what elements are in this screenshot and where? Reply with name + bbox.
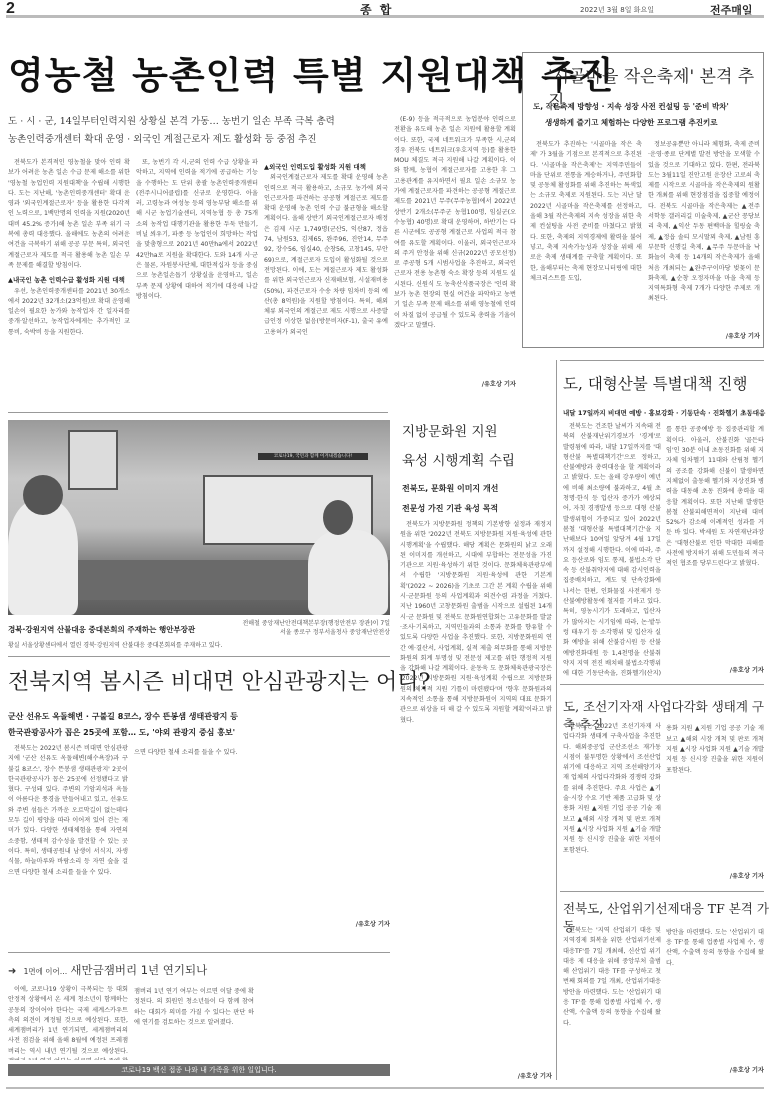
festival-col-2-text: 정보공유뿐만 아니라 체험화, 축제 준비·운영·종료 단계별 발전 방안을 모…: [648, 140, 760, 305]
tourism-col-1-text: 전북도는 2022년 봄시즌 비대면 안심관광지에 '군산 선유도 옥돌해변(해…: [8, 744, 128, 878]
issue-date: 2022년 3월 8일 화요일: [580, 5, 654, 15]
culture-headline-1[interactable]: 지방문화원 지원: [402, 420, 498, 440]
section-divider: [560, 684, 764, 685]
lead-col-1-subhead: ▲내국인 농촌 인력수급 활성화 지원 대책: [8, 275, 130, 285]
section-divider: [560, 891, 764, 892]
tourism-col-3: 전북도는 2022년 봄시즌 비대면 안심관광지에 '군산 선유도 옥돌해변(해…: [262, 712, 390, 918]
shipbuilding-col-2: 전북도는 2022년 조선기자재 사업다각화 생태계 구축사업을 추진한다. 해…: [666, 722, 764, 870]
person-left: [8, 500, 78, 615]
shipbuilding-col-1: 전북도는 2022년 조선기자재 사업다각화 생태계 구축사업을 추진한다. 해…: [563, 722, 661, 880]
section-divider: [8, 656, 390, 657]
section-divider: [8, 952, 390, 953]
continued-col-1: 이에, 코로나19 상황이 극복되는 등 대회 안정적 상황에서 온 세계 청소…: [8, 985, 128, 1060]
culture-body: 전북도가 지방문화원 정책의 기본방향 설정과 재정지원을 위한 '2022년 …: [400, 520, 552, 1050]
tourism-byline: /유호상 기자: [262, 920, 390, 932]
fire-col-2: 전북도는 건조한 날씨가 지속돼 전북의 산불재난위기경보가 '경계'로 발령됨…: [666, 422, 764, 664]
lead-col-3-subhead: ▲외국인 인력도입 활성화 지원 대책: [264, 162, 388, 172]
continued-lead: 1면에 이어…: [24, 967, 68, 976]
section-divider: [8, 412, 388, 413]
lead-col-2: 또, 농번기 각 시,군의 인력 수급 상황을 파악하고, 지역에 인력을 적기…: [136, 158, 258, 402]
news-photo[interactable]: 코로나19, 국민과 함께 이겨내겠습니다!: [8, 420, 390, 615]
fire-col-1-text: 전북도는 건조한 날씨가 지속돼 전북의 산불재난위기경보가 '경계'로 발령됨…: [563, 422, 661, 676]
continued-heading[interactable]: ➜ 1면에 이어… 새만금잼버리 1년 연기되나: [8, 962, 207, 978]
festival-col-1: 전북도가 추진하는 '시골마을 작은 축제' 가 3월을 기점으로 본격적으로 …: [530, 140, 642, 340]
lead-subheadline-2: 농촌인력중개센터 확대 운영 · 외국인 계절근로자 제도 활성화 등 중점 추…: [8, 131, 317, 145]
lead-col-1b-text: 우선, 농촌인력중개센터를 2021년 30개소에서 2022년 32개소(23…: [8, 287, 130, 338]
fire-col-1: 전북도는 건조한 날씨가 지속돼 전북의 산불재난위기경보가 '경계'로 발령됨…: [563, 422, 661, 676]
masthead-divider: [6, 15, 764, 18]
tf-col-1: 전북도는 '지역 산업위기 대응 및 지역경제 회복을 위한 산업위기선제대응T…: [563, 926, 661, 1066]
photo-caption-right: 전해철 중앙재난안전대책본부장(행정안전부 장관)이 7일 서울 종로구 정부서…: [240, 619, 390, 637]
culture-headline-2[interactable]: 육성 시행계획 수립: [402, 449, 515, 469]
section-divider: [560, 360, 764, 361]
continued-col-2-text: 이에, 코로나19 상황이 극복되는 등 대회 안정적 상황에서 온 세계 청소…: [134, 985, 254, 1028]
lead-col-4-text: (E-9) 등을 적극적으로 농업분야 인력으로 전환을 유도해 농촌 일손 지…: [394, 115, 516, 331]
lead-subheadline-1: 도 · 시 · 군, 14일부터인력지원 상황실 본격 가동… 농번기 일손 부…: [8, 113, 335, 127]
festival-subheadline-1: 도, 작은축제 방향성 · 지속 성장 사전 컨설팅 등 '준비 박차': [533, 101, 729, 112]
lead-col-4: (E-9) 등을 적극적으로 농업분야 인력으로 전환을 유도해 농촌 일손 지…: [394, 115, 516, 377]
festival-col-1-text: 전북도가 추진하는 '시골마을 작은 축제' 가 3월을 기점으로 본격적으로 …: [530, 140, 642, 284]
fire-headline[interactable]: 도, 대형산불 특별대책 진행: [563, 372, 747, 394]
photo-banner-text: 코로나19, 국민과 함께 이겨내겠습니다!: [258, 453, 368, 460]
person-left-head: [23, 475, 63, 515]
person-right-head: [323, 500, 353, 535]
tf-col-1-text: 전북도는 '지역 산업위기 대응 및 지역경제 회복을 위한 산업위기선제대응T…: [563, 926, 661, 1029]
continued-col-3: 이에, 코로나19 상황이 극복되는 등 대회 안정적 상황에서 온 세계 청소…: [262, 985, 390, 1060]
shipbuilding-byline: /유호상 기자: [666, 872, 764, 884]
shipbuilding-col-2-text: 전북도는 2022년 조선기자재 사업다각화 생태계 구축사업을 추진한다. 해…: [666, 722, 764, 776]
lead-col-1: 전북도가 본격적인 영농철을 맞아 인력 확보가 어려운 농촌 일손 수급 문제…: [8, 158, 130, 402]
photo-caption-line-2: 황실 서울상황센터에서 열린 경북·강원지역 산불대응 중대본회의를 주재하고 …: [8, 640, 222, 649]
culture-subheadline-2: 전문성 가진 기관 육성 목적: [402, 503, 498, 514]
continued-col-2: 이에, 코로나19 상황이 극복되는 등 대회 안정적 상황에서 온 세계 청소…: [134, 985, 254, 1060]
tourism-col-2: 전북도는 2022년 봄시즌 비대면 안심관광지에 '군산 선유도 옥돌해변(해…: [134, 744, 254, 924]
fire-subheadline: 내달 17일까지 비대면 예방 · 홍보강화 · 기동단속 · 진화헬기 초동대…: [563, 408, 765, 417]
tourism-subheadline-1: 군산 선유도 옥돌해변 · 구불길 8코스, 장수 뜬봉샘 생태관광지 등: [8, 711, 238, 722]
person-right: [308, 530, 388, 615]
fire-col-2-text: 전북도는 건조한 날씨가 지속돼 전북의 산불재난위기경보가 '경계'로 발령됨…: [666, 422, 764, 570]
tf-col-2: 전북도는 '지역 산업위기 대응 및 지역경제 회복을 위한 산업위기선제대응T…: [666, 926, 764, 1056]
continued-col-1-text: 이에, 코로나19 상황이 극복되는 등 대회 안정적 상황에서 온 세계 청소…: [8, 985, 128, 1060]
culture-subheadline-1: 전북도, 문화원 이미지 개선: [402, 483, 498, 494]
vaccine-banner: 코로나19 백신 접종 나와 내 가족을 위한 일입니다.: [8, 1064, 390, 1076]
continued-headline: 새만금잼버리 1년 연기되나: [70, 963, 207, 977]
arrow-right-icon: ➜: [8, 966, 16, 977]
festival-byline: /유호상 기자: [648, 332, 760, 344]
tf-byline: /유호상 기자: [666, 1066, 764, 1078]
lead-col-3: ▲외국인 인력도입 활성화 지원 대책 외국인계절근로자 제도를 확대 운영해 …: [264, 158, 388, 402]
page-bottom-rule: [6, 1087, 764, 1089]
shipbuilding-col-1-text: 전북도는 2022년 조선기자재 사업다각화 생태계 구축사업을 추진한다. 해…: [563, 722, 661, 856]
video-screen: [68, 430, 118, 490]
culture-byline: /유호상 기자: [400, 1072, 552, 1084]
tf-col-2-text: 전북도는 '지역 산업위기 대응 및 지역경제 회복을 위한 산업위기선제대응T…: [666, 926, 764, 969]
column-divider: [556, 360, 557, 1080]
fire-byline: /유호상 기자: [666, 666, 764, 678]
festival-subheadline-2: 생생하게 즐기고 체험하는 다양한 프로그램 추진키로: [545, 117, 717, 128]
tourism-subheadline-2: 한국관광공사가 꼽은 25곳에 포함… 도, '야외 관광지 중심 홍보': [8, 727, 235, 738]
lead-col-3-text: 외국인계절근로자 제도를 확대 운영해 농촌 인력으로 적극 활용하고, 소규모…: [264, 173, 388, 338]
festival-col-2: 정보공유뿐만 아니라 체험화, 축제 준비·운영·종료 단계별 발전 방안을 모…: [648, 140, 760, 330]
tourism-col-1: 전북도는 2022년 봄시즌 비대면 안심관광지에 '군산 선유도 옥돌해변(해…: [8, 744, 128, 924]
lead-byline: /유호상 기자: [394, 380, 516, 392]
tourism-headline[interactable]: 전북지역 봄시즌 비대면 안심관광지는 어디?: [8, 665, 430, 696]
lead-col-2-text: 또, 농번기 각 시,군의 인력 수급 상황을 파악하고, 지역에 인력을 적기…: [136, 158, 258, 302]
tourism-col-2-text: 전북도는 2022년 봄시즌 비대면 안심관광지에 '군산 선유도 옥돌해변(해…: [134, 744, 254, 758]
lead-col-1-text: 전북도가 본격적인 영농철을 맞아 인력 확보가 어려운 농촌 일손 수급 문제…: [8, 158, 130, 271]
photo-caption-title: 경북·강원지역 산불대응 중대본회의 주재하는 행안부장관: [8, 624, 195, 635]
